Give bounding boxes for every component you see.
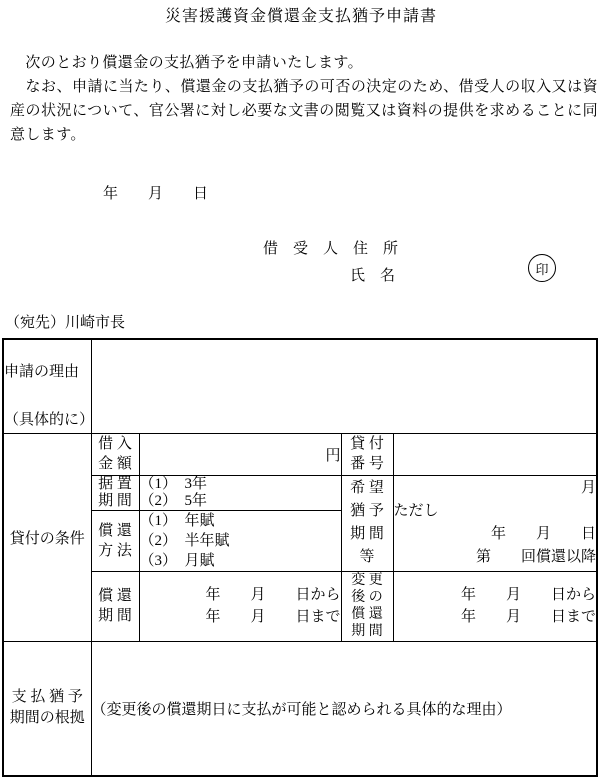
grace-period-option-2: （2） 5年 bbox=[140, 493, 341, 510]
loan-number-input-area bbox=[393, 433, 597, 475]
changed-period-label-line3: 償 還 bbox=[342, 606, 393, 623]
repayment-method-label-line2: 方 法 bbox=[92, 541, 139, 561]
loan-number-label-line1: 貸 付 bbox=[342, 434, 393, 454]
changed-period-input-area: 年 月 日から 年 月 日まで bbox=[393, 571, 597, 641]
changed-period-label-line2: 後 の bbox=[342, 589, 393, 606]
borrower-address-label: 借 受 人 住 所 bbox=[263, 237, 398, 258]
document-title: 災害援護資金償還金支払猶予申請書 bbox=[0, 3, 602, 26]
reason-label-line1: 申請の理由 bbox=[4, 360, 91, 381]
loan-conditions-group-label: 貸付の条件 bbox=[3, 433, 91, 641]
desired-deferral-date-line: 年 月 日 bbox=[394, 523, 597, 546]
changed-period-from-line: 年 月 日から bbox=[394, 584, 597, 606]
grace-period-label-line2: 期 間 bbox=[92, 493, 139, 510]
desired-deferral-label-line3: 期 間 bbox=[342, 523, 393, 546]
basis-label-line2: 期間の根拠 bbox=[4, 708, 91, 729]
addressee-line: （宛先）川崎市長 bbox=[5, 311, 125, 332]
basis-label-cell: 支 払 猶 予 期間の根拠 bbox=[3, 641, 91, 776]
repayment-period-label-line2: 期 間 bbox=[92, 606, 139, 626]
desired-deferral-month-line: 月 bbox=[394, 477, 597, 500]
changed-period-label-line4: 期 間 bbox=[342, 623, 393, 640]
grace-period-option-1: （1） 3年 bbox=[140, 476, 341, 493]
intro-line-1: 次のとおり償還金の支払猶予を申請いたします。 bbox=[10, 51, 598, 75]
intro-paragraph-2: なお、申請に当たり、償還金の支払猶予の可否の決定のため、借受人の収入又は資産の状… bbox=[10, 75, 598, 147]
desired-deferral-label-cell: 希 望 猶 予 期 間 等 bbox=[341, 475, 393, 571]
loan-amount-input-area: 円 bbox=[139, 433, 341, 475]
borrower-name-label: 氏 名 bbox=[350, 264, 395, 285]
repayment-method-option-1: （1） 年賦 bbox=[140, 511, 341, 531]
desired-deferral-label-line2: 猶 予 bbox=[342, 500, 393, 523]
repayment-method-label-cell: 償 還 方 法 bbox=[91, 510, 139, 571]
desired-deferral-label-line4: 等 bbox=[342, 546, 393, 569]
repayment-period-label-line1: 償 還 bbox=[92, 586, 139, 606]
desired-deferral-tadashi-line: ただし bbox=[394, 500, 597, 523]
desired-deferral-installment-line: 第 回償還以降 bbox=[394, 546, 597, 569]
repayment-period-input-area: 年 月 日から 年 月 日まで bbox=[139, 571, 341, 641]
grace-period-options-cell: （1） 3年 （2） 5年 bbox=[139, 475, 341, 510]
desired-deferral-input-area: 月 ただし 年 月 日 第 回償還以降 bbox=[393, 475, 597, 571]
basis-input-area: （変更後の償還期日に支払が可能と認められる具体的な理由） bbox=[91, 641, 597, 776]
loan-amount-label-cell: 借 入 金 額 bbox=[91, 433, 139, 475]
changed-period-label-cell: 変 更 後 の 償 還 期 間 bbox=[341, 571, 393, 641]
reason-label-line2: （具体的に） bbox=[4, 408, 91, 429]
repayment-method-option-3: （3） 月賦 bbox=[140, 551, 341, 571]
date-line: 年 月 日 bbox=[103, 182, 208, 203]
reason-input-area bbox=[91, 339, 597, 433]
repayment-method-label-line1: 償 還 bbox=[92, 521, 139, 541]
basis-note-text: （変更後の償還期日に支払が可能と認められる具体的な理由） bbox=[92, 702, 512, 718]
loan-number-label-line2: 番 号 bbox=[342, 454, 393, 474]
changed-period-label-line1: 変 更 bbox=[342, 572, 393, 589]
basis-label-line1: 支 払 猶 予 bbox=[4, 687, 91, 708]
grace-period-label-line1: 据 置 bbox=[92, 476, 139, 493]
document-page: 災害援護資金償還金支払猶予申請書 次のとおり償還金の支払猶予を申請いたします。 … bbox=[0, 0, 602, 782]
repayment-period-to-line: 年 月 日まで bbox=[140, 606, 341, 628]
yen-unit-label: 円 bbox=[325, 448, 340, 464]
application-form-table: 申請の理由 （具体的に） 貸付の条件 借 入 金 額 円 貸 付 番 号 bbox=[2, 338, 598, 777]
grace-period-label-cell: 据 置 期 間 bbox=[91, 475, 139, 510]
loan-number-label-cell: 貸 付 番 号 bbox=[341, 433, 393, 475]
repayment-method-option-2: （2） 半年賦 bbox=[140, 531, 341, 551]
repayment-method-options-cell: （1） 年賦 （2） 半年賦 （3） 月賦 bbox=[139, 510, 341, 571]
desired-deferral-label-line1: 希 望 bbox=[342, 477, 393, 500]
loan-amount-label-line1: 借 入 bbox=[92, 434, 139, 454]
reason-label-cell: 申請の理由 （具体的に） bbox=[3, 339, 91, 433]
repayment-period-label-cell: 償 還 期 間 bbox=[91, 571, 139, 641]
repayment-period-from-line: 年 月 日から bbox=[140, 584, 341, 606]
loan-amount-label-line2: 金 額 bbox=[92, 454, 139, 474]
intro-paragraphs: 次のとおり償還金の支払猶予を申請いたします。 なお、申請に当たり、償還金の支払猶… bbox=[10, 51, 598, 147]
seal-mark-icon: 印 bbox=[528, 254, 556, 282]
changed-period-to-line: 年 月 日まで bbox=[394, 606, 597, 628]
